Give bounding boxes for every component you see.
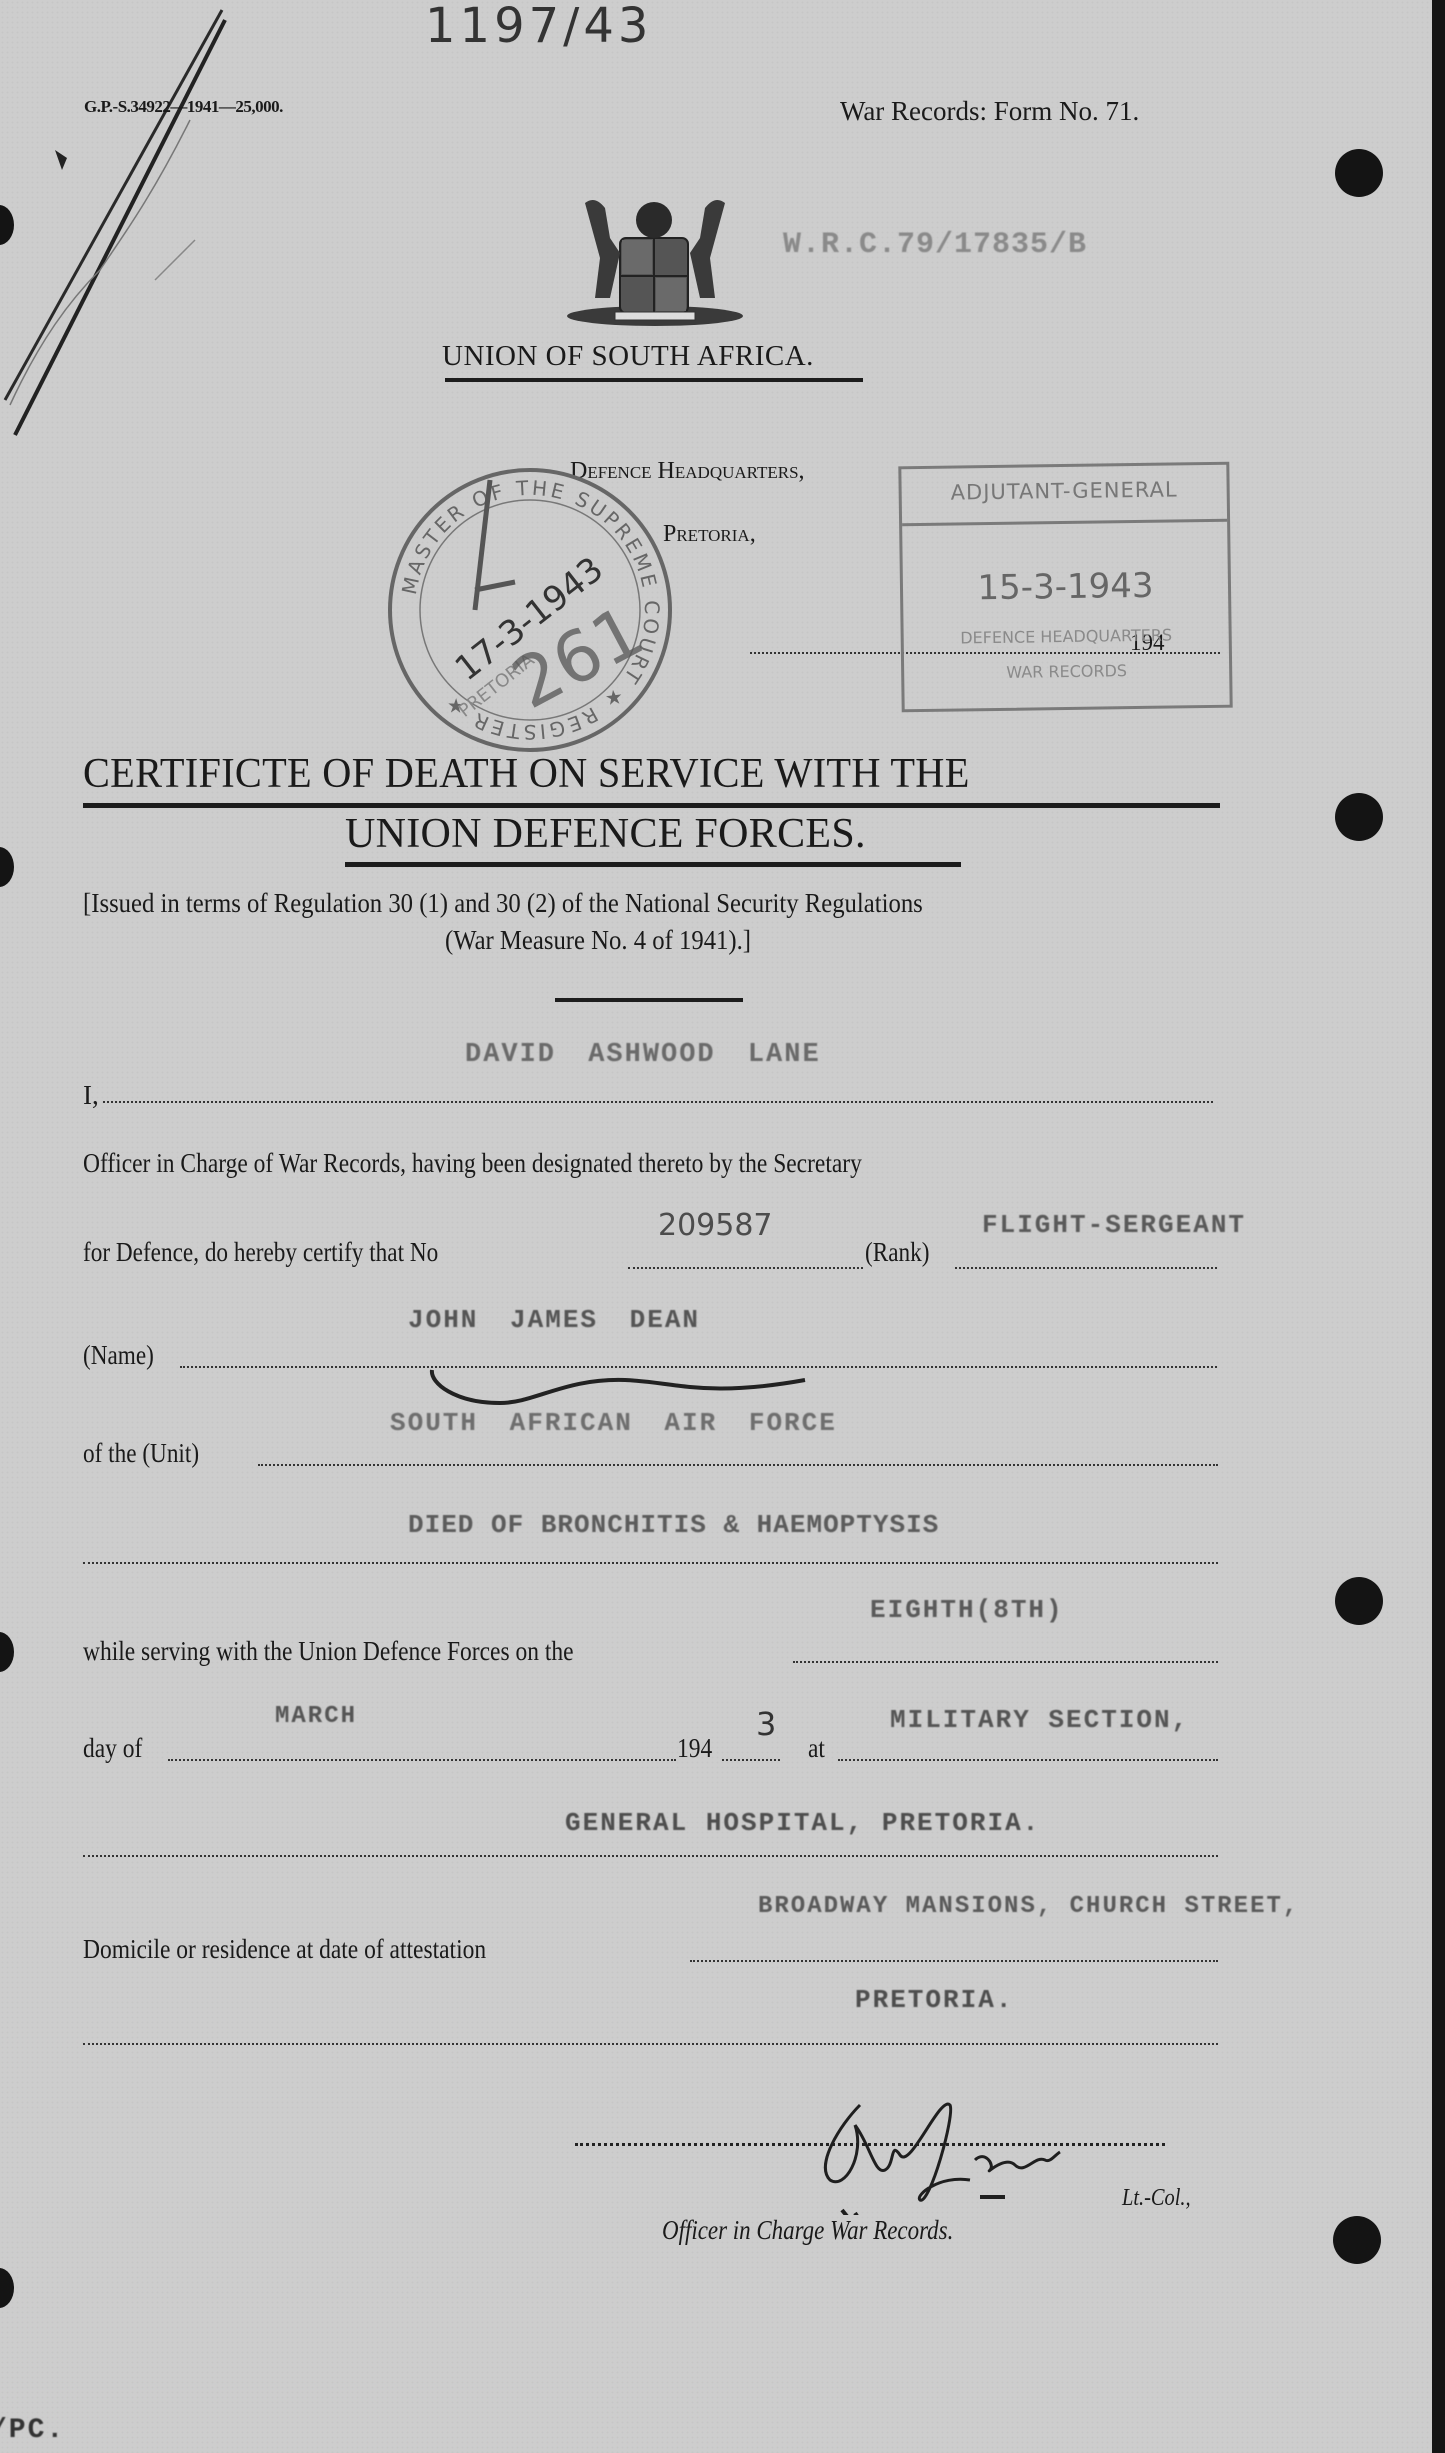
place-line-1-value: MILITARY SECTION, bbox=[890, 1705, 1189, 1735]
rank-value: FLIGHT-SERGEANT bbox=[982, 1210, 1246, 1240]
country-underline bbox=[445, 378, 863, 382]
month-line bbox=[168, 1759, 676, 1761]
domicile-line bbox=[690, 1960, 1218, 1962]
cause-of-death-value: DIED OF BRONCHITIS & HAEMOPTYSIS bbox=[408, 1510, 939, 1540]
title-underline-2 bbox=[345, 862, 961, 867]
day-line bbox=[793, 1661, 1218, 1663]
punch-hole bbox=[1335, 1577, 1383, 1625]
punch-hole bbox=[0, 2268, 14, 2308]
punch-hole bbox=[1335, 793, 1383, 841]
punch-hole bbox=[1333, 2216, 1381, 2264]
country-heading: UNION OF SOUTH AFRICA. bbox=[442, 340, 814, 373]
section-divider bbox=[555, 998, 743, 1002]
month-value: MARCH bbox=[275, 1703, 357, 1730]
at-label: at bbox=[808, 1733, 825, 1764]
court-stamp: MASTER OF THE SUPREME COURT ★ REGISTER ★… bbox=[380, 460, 680, 760]
place-continuation-line bbox=[83, 1855, 1218, 1857]
officer-signature bbox=[800, 2085, 1080, 2215]
certificate-page: 1197/43 G.P.-S.34922—1941—25,000. War Re… bbox=[0, 0, 1438, 2453]
signatory-title: Officer in Charge War Records. bbox=[662, 2215, 953, 2246]
domicile-label: Domicile or residence at date of attesta… bbox=[83, 1934, 486, 1965]
officer-name-value: DAVID ASHWOOD LANE bbox=[465, 1040, 821, 1070]
domicile-line-1-value: BROADWAY MANSIONS, CHURCH STREET, bbox=[758, 1893, 1299, 1920]
certificate-title-line-1: CERTIFICTE OF DEATH ON SERVICE WITH THE bbox=[83, 750, 970, 798]
unit-label: of the (Unit) bbox=[83, 1438, 199, 1469]
title-underline-1 bbox=[83, 803, 1220, 808]
punch-hole bbox=[0, 1632, 14, 1672]
scan-edge bbox=[1432, 0, 1445, 2453]
coat-of-arms-icon bbox=[560, 188, 750, 328]
adjutant-general-stamp: ADJUTANT-GENERAL 15-3-1943 DEFENCE HEADQ… bbox=[898, 462, 1232, 713]
unit-value: SOUTH AFRICAN AIR FORCE bbox=[390, 1408, 837, 1438]
day-value: EIGHTH(8TH) bbox=[870, 1595, 1064, 1625]
service-number-value: 209587 bbox=[658, 1208, 773, 1243]
designation-text: Officer in Charge of War Records, having… bbox=[83, 1148, 862, 1179]
margin-strike-marks bbox=[0, 0, 260, 460]
court-stamp-ring: MASTER OF THE SUPREME COURT ★ REGISTER ★… bbox=[380, 460, 680, 760]
year-prefix-label: 194 bbox=[677, 1733, 712, 1764]
rank-label: (Rank) bbox=[865, 1237, 929, 1268]
adjutant-stamp-divider bbox=[902, 519, 1227, 527]
officer-prefix-label: I, bbox=[83, 1080, 99, 1111]
domicile-continuation-line bbox=[83, 2043, 1218, 2045]
officer-name-line bbox=[103, 1101, 1213, 1103]
punch-hole bbox=[0, 847, 14, 887]
domicile-line-2-value: PRETORIA. bbox=[855, 1985, 1013, 2015]
handwritten-reference: 1197/43 bbox=[425, 0, 652, 54]
deceased-name-value: JOHN JAMES DEAN bbox=[408, 1305, 700, 1335]
name-label: (Name) bbox=[83, 1340, 154, 1371]
regulation-note-line-1: [Issued in terms of Regulation 30 (1) an… bbox=[83, 888, 923, 919]
signatory-rank: Lt.-Col., bbox=[1122, 2185, 1191, 2212]
rank-line bbox=[955, 1267, 1217, 1269]
adjutant-stamp-line1: DEFENCE HEADQUARTERS bbox=[904, 625, 1229, 649]
year-line bbox=[722, 1759, 780, 1761]
print-code: G.P.-S.34922—1941—25,000. bbox=[84, 97, 283, 117]
place-line-2-value: GENERAL HOSPITAL, PRETORIA. bbox=[565, 1808, 1040, 1838]
serving-text: while serving with the Union Defence For… bbox=[83, 1636, 574, 1667]
adjutant-stamp-line2: WAR RECORDS bbox=[904, 660, 1229, 684]
file-reference-stamp: W.R.C.79/17835/B bbox=[783, 228, 1087, 262]
certify-text: for Defence, do hereby certify that No bbox=[83, 1237, 438, 1268]
service-number-line bbox=[628, 1267, 863, 1269]
adjutant-stamp-title: ADJUTANT-GENERAL bbox=[902, 477, 1227, 506]
adjutant-stamp-date: 15-3-1943 bbox=[903, 565, 1229, 610]
typist-reference: /PC. bbox=[0, 2415, 65, 2446]
place-line bbox=[838, 1759, 1218, 1761]
year-suffix-value: 3 bbox=[756, 1705, 776, 1743]
day-of-label: day of bbox=[83, 1733, 142, 1764]
cause-line bbox=[83, 1562, 1218, 1564]
punch-hole bbox=[1335, 149, 1383, 197]
certificate-title-line-2: UNION DEFENCE FORCES. bbox=[345, 810, 866, 858]
form-number-label: War Records: Form No. 71. bbox=[840, 96, 1139, 127]
regulation-note-line-2: (War Measure No. 4 of 1941).] bbox=[445, 925, 751, 956]
unit-line bbox=[258, 1464, 1218, 1466]
